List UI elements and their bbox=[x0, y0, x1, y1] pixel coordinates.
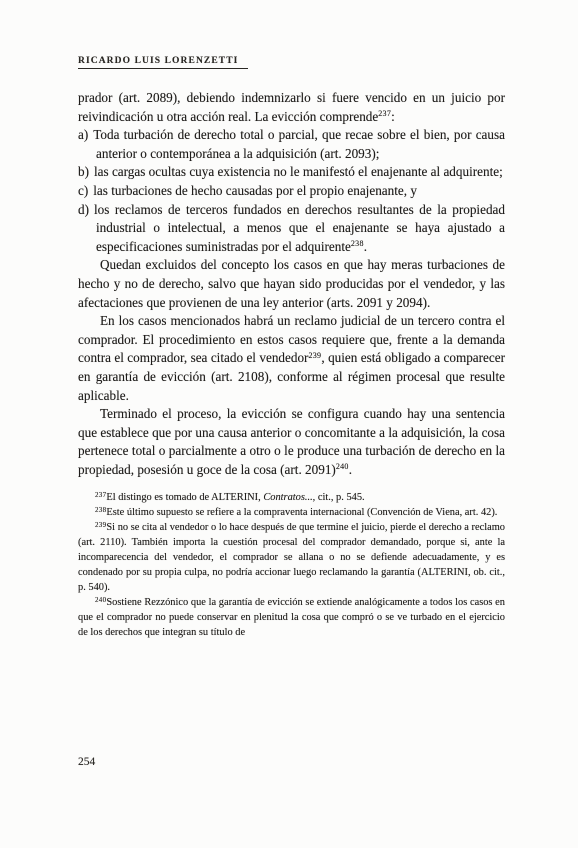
paragraph-text: : bbox=[391, 109, 395, 124]
list-marker: c) bbox=[78, 183, 88, 198]
list-item-b: b)las cargas ocultas cuya existencia no … bbox=[78, 163, 505, 182]
list-item-d: d)los reclamos de terceros fundados en d… bbox=[78, 201, 505, 257]
footnote-ref-239: 239 bbox=[308, 351, 321, 360]
footnote-text: cit., p. 545. bbox=[315, 492, 364, 503]
footnote-text: Si no se cita al vendedor o lo hace desp… bbox=[78, 522, 505, 593]
list-item-text: los reclamos de terceros fundados en der… bbox=[94, 202, 505, 254]
paragraph-text: Quedan excluidos del concepto los casos … bbox=[78, 257, 505, 309]
list-item-text: las cargas ocultas cuya existencia no le… bbox=[94, 164, 503, 179]
footnote-ref-237: 237 bbox=[378, 109, 391, 118]
list-marker: a) bbox=[78, 127, 88, 142]
footnote-239: 239Si no se cita al vendedor o lo hace d… bbox=[78, 520, 505, 595]
list-marker: b) bbox=[78, 164, 89, 179]
list-marker: d) bbox=[78, 202, 89, 217]
book-page: Ricardo Luis Lorenzetti prador (art. 208… bbox=[0, 0, 578, 848]
footnote-240: 240Sostiene Rezzónico que la garantía de… bbox=[78, 595, 505, 640]
paragraph-text: prador (art. 2089), debiendo indemnizarl… bbox=[78, 90, 505, 124]
list-item-c: c)las turbaciones de hecho causadas por … bbox=[78, 182, 505, 201]
ordered-list: a)Toda turbación de derecho total o parc… bbox=[78, 126, 505, 256]
paragraph-sentence: Terminado el proceso, la evicción se con… bbox=[78, 405, 505, 479]
footnote-number: 237 bbox=[95, 491, 106, 499]
footnotes-section: 237El distingo es tomado de ALTERINI, Co… bbox=[78, 490, 505, 640]
footnote-number: 238 bbox=[95, 506, 106, 514]
footnote-work-title: Contratos..., bbox=[263, 492, 315, 503]
body-text: prador (art. 2089), debiendo indemnizarl… bbox=[78, 89, 505, 640]
footnote-text: El distingo es tomado de ALTERINI, bbox=[106, 492, 263, 503]
footnote-text: Este último supuesto se refiere a la com… bbox=[106, 507, 497, 518]
list-item-text: las turbaciones de hecho causadas por el… bbox=[93, 183, 417, 198]
footnote-237: 237El distingo es tomado de ALTERINI, Co… bbox=[78, 490, 505, 505]
list-item-a: a)Toda turbación de derecho total o parc… bbox=[78, 126, 505, 163]
footnote-number: 240 bbox=[95, 596, 106, 604]
footnote-text: Sostiene Rezzónico que la garantía de ev… bbox=[78, 597, 505, 638]
list-item-text: Toda turbación de derecho total o parcia… bbox=[93, 127, 505, 161]
running-header: Ricardo Luis Lorenzetti bbox=[78, 56, 248, 69]
footnote-ref-238: 238 bbox=[351, 239, 364, 248]
footnote-number: 239 bbox=[95, 521, 106, 529]
paragraph-procedure: En los casos mencionados habrá un reclam… bbox=[78, 312, 505, 405]
footnote-ref-240: 240 bbox=[336, 462, 349, 471]
footnote-238: 238Este último supuesto se refiere a la … bbox=[78, 505, 505, 520]
paragraph-text: Terminado el proceso, la evicción se con… bbox=[78, 406, 505, 477]
paragraph-intro: prador (art. 2089), debiendo indemnizarl… bbox=[78, 89, 505, 126]
paragraph-text: . bbox=[349, 462, 352, 477]
page-number: 254 bbox=[78, 756, 95, 768]
paragraph-exclusions: Quedan excluidos del concepto los casos … bbox=[78, 256, 505, 312]
list-item-text: . bbox=[364, 239, 367, 254]
